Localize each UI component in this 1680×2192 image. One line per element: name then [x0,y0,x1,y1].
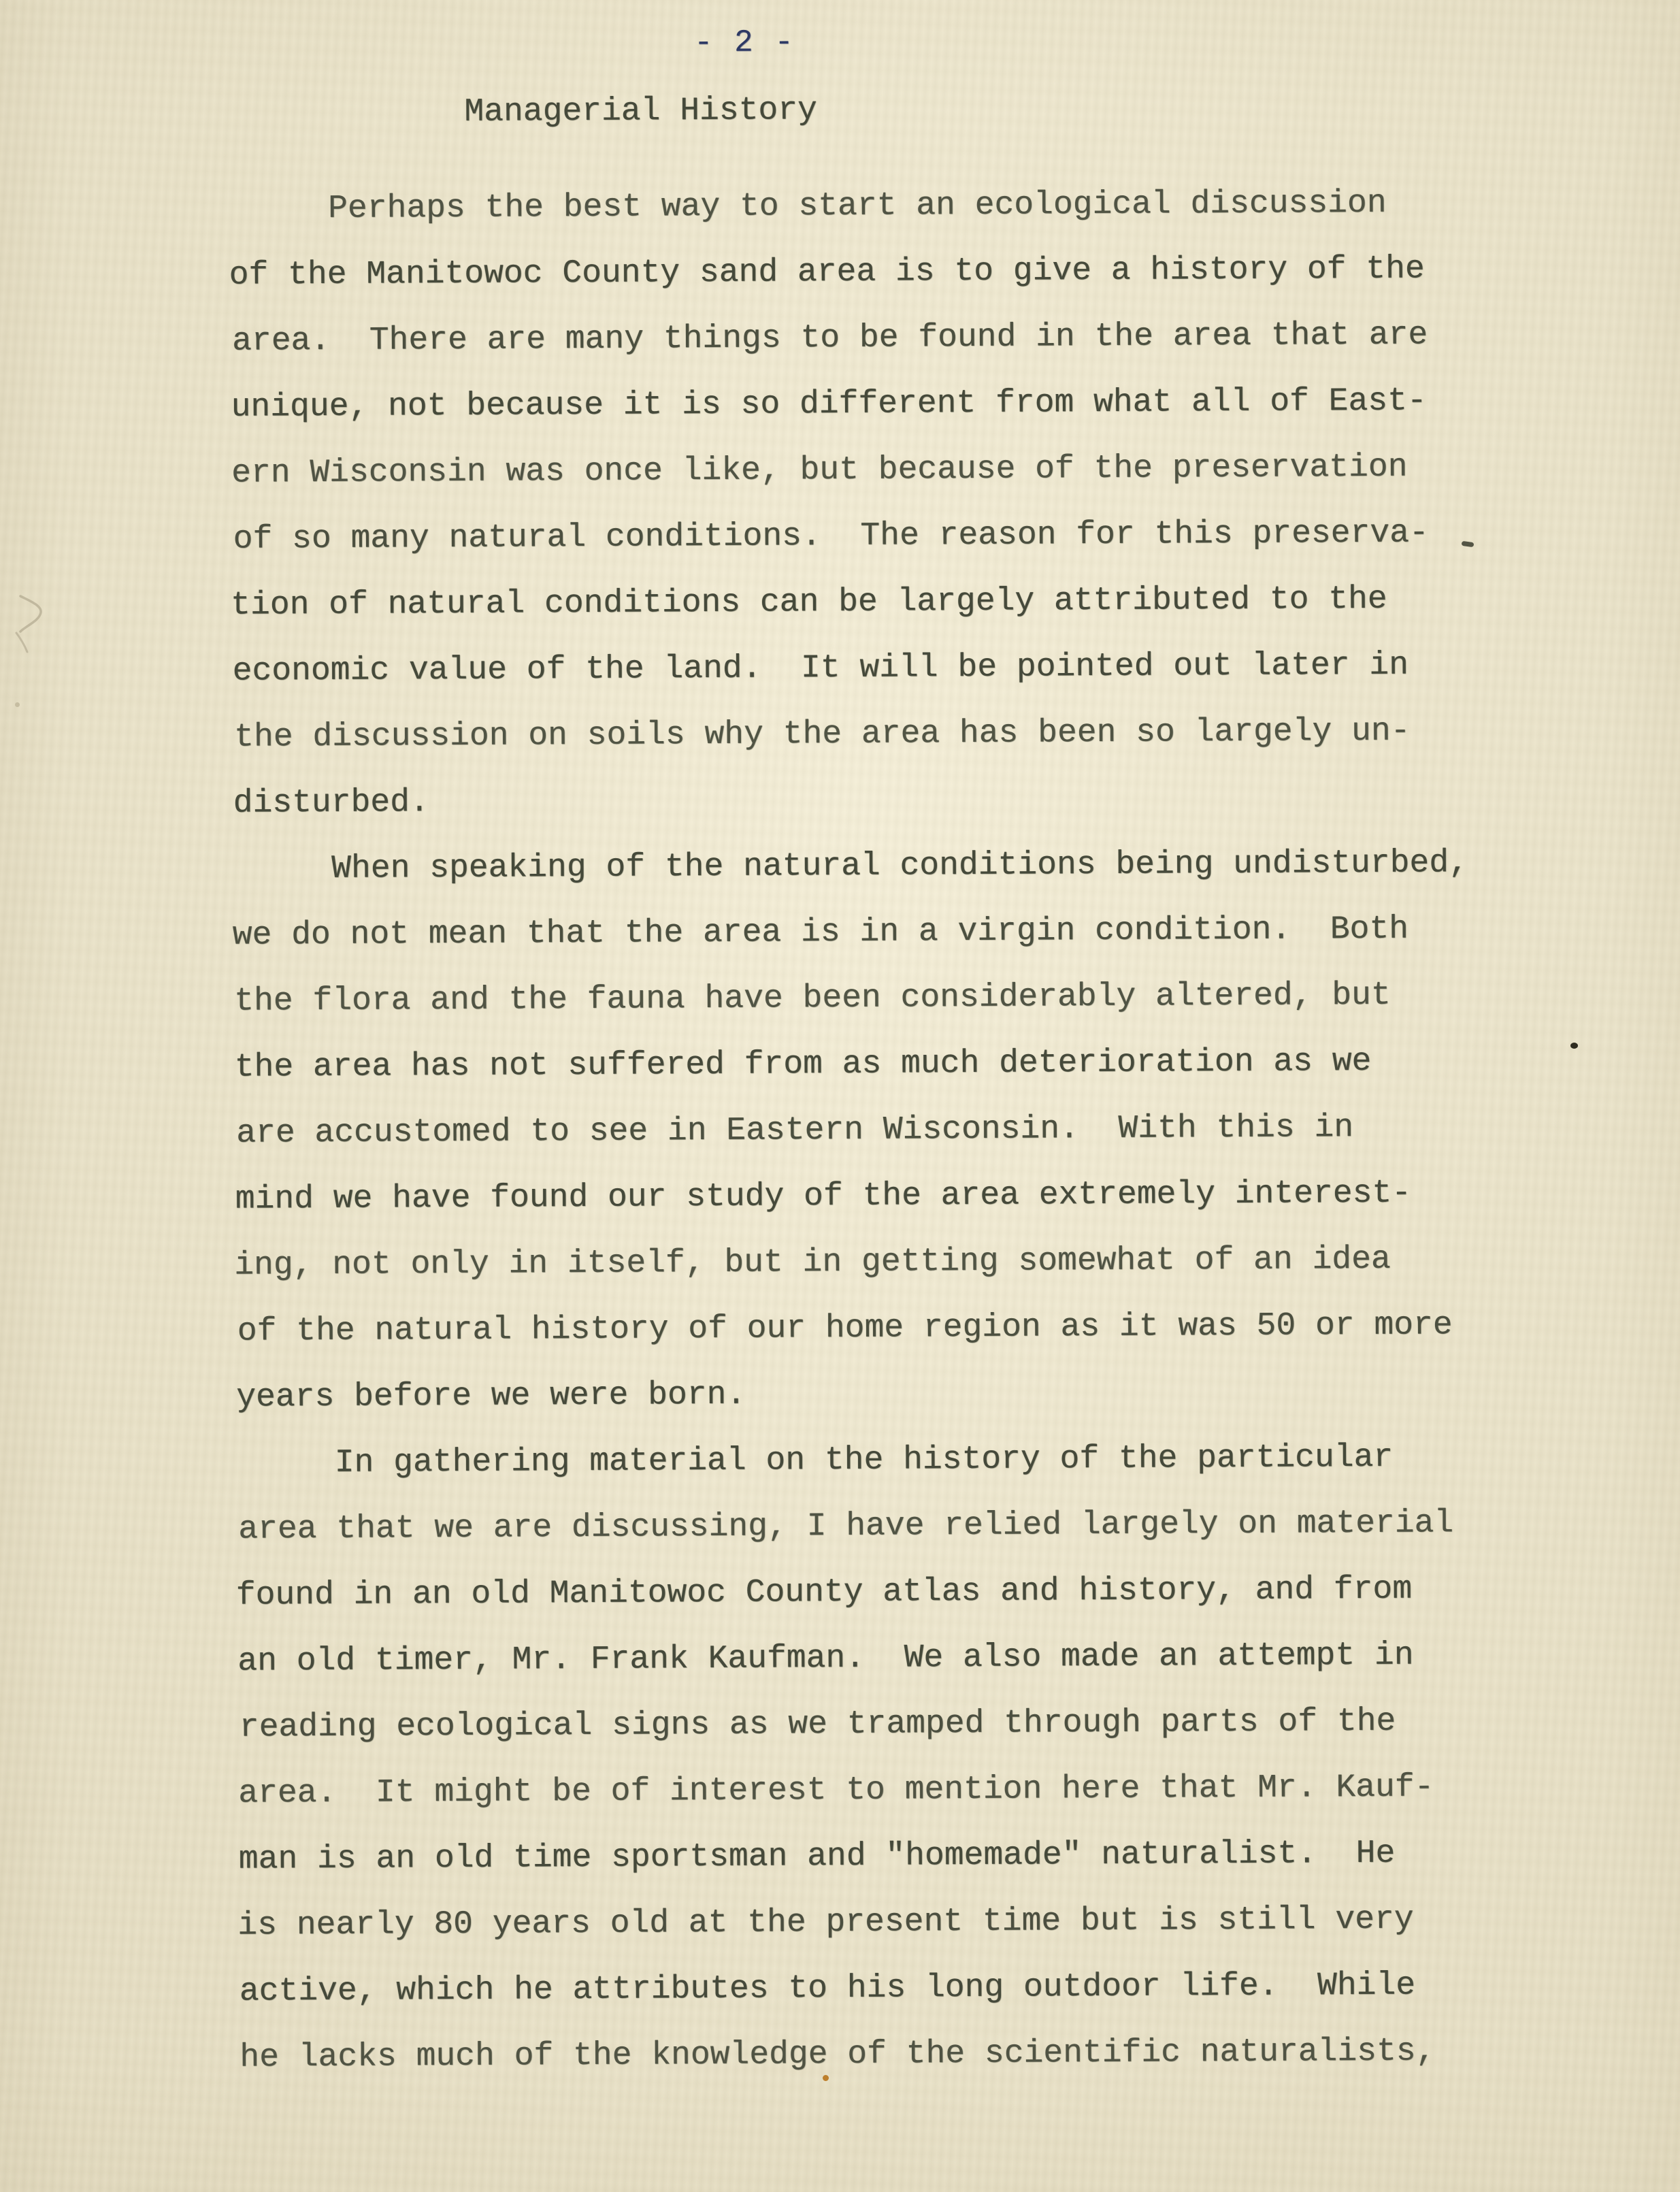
paper-speck [1570,1043,1578,1049]
margin-pencil-mark [11,587,59,661]
text-line: the area has not suffered from as much d… [235,1043,1528,1115]
paper-speck [15,702,20,707]
text-line: active, which he attributes to his long … [240,1967,1532,2040]
text-line: economic value of the land. It will be p… [233,647,1526,719]
text-line: of the natural history of our home regio… [237,1307,1530,1379]
text-line: When speaking of the natural conditions … [233,845,1526,917]
body-text: Perhaps the best way to start an ecologi… [230,184,1533,2106]
page-number: - 2 - [694,24,795,61]
text-line: the discussion on soils why the area has… [234,713,1527,785]
document-title: Managerial History [464,91,817,131]
text-line: the flora and the fauna have been consid… [234,977,1527,1049]
text-line: of the Manitowoc County sand area is to … [229,250,1522,323]
text-line: he lacks much of the knowledge of the sc… [240,2033,1532,2106]
text-line: mind we have found our study of the area… [235,1175,1528,1247]
text-line: ern Wisconsin was once like, but because… [231,448,1524,521]
text-line: In gathering material on the history of … [237,1439,1530,1511]
document-page: - 2 - Managerial History Perhaps the bes… [0,0,1680,2192]
text-line: are accustomed to see in Eastern Wiscons… [236,1109,1529,1181]
text-line: area. It might be of interest to mention… [238,1769,1531,1842]
text-line: is nearly 80 years old at the present ti… [237,1901,1530,1974]
text-line: of so many natural conditions. The reaso… [233,514,1526,587]
text-line: Perhaps the best way to start an ecologi… [230,184,1523,257]
typewritten-content: - 2 - Managerial History Perhaps the bes… [0,0,1680,2192]
text-line: reading ecological signs as we tramped t… [240,1703,1532,1776]
text-line: years before we were born. [236,1373,1529,1445]
text-line: unique, not because it is so different f… [231,382,1524,455]
text-line: area that we are discussing, I have reli… [238,1505,1531,1577]
text-line: an old timer, Mr. Frank Kaufman. We also… [237,1637,1530,1710]
paper-speck [823,2075,829,2081]
text-line: disturbed. [233,779,1526,851]
text-line: found in an old Manitowoc County atlas a… [236,1571,1529,1643]
text-line: tion of natural conditions can be largel… [231,580,1523,653]
text-line: area. There are many things to be found … [232,316,1525,389]
text-line: ing, not only in itself, but in getting … [234,1241,1527,1313]
text-line: we do not mean that the area is in a vir… [233,911,1526,983]
text-line: man is an old time sportsman and "homema… [239,1835,1532,1908]
